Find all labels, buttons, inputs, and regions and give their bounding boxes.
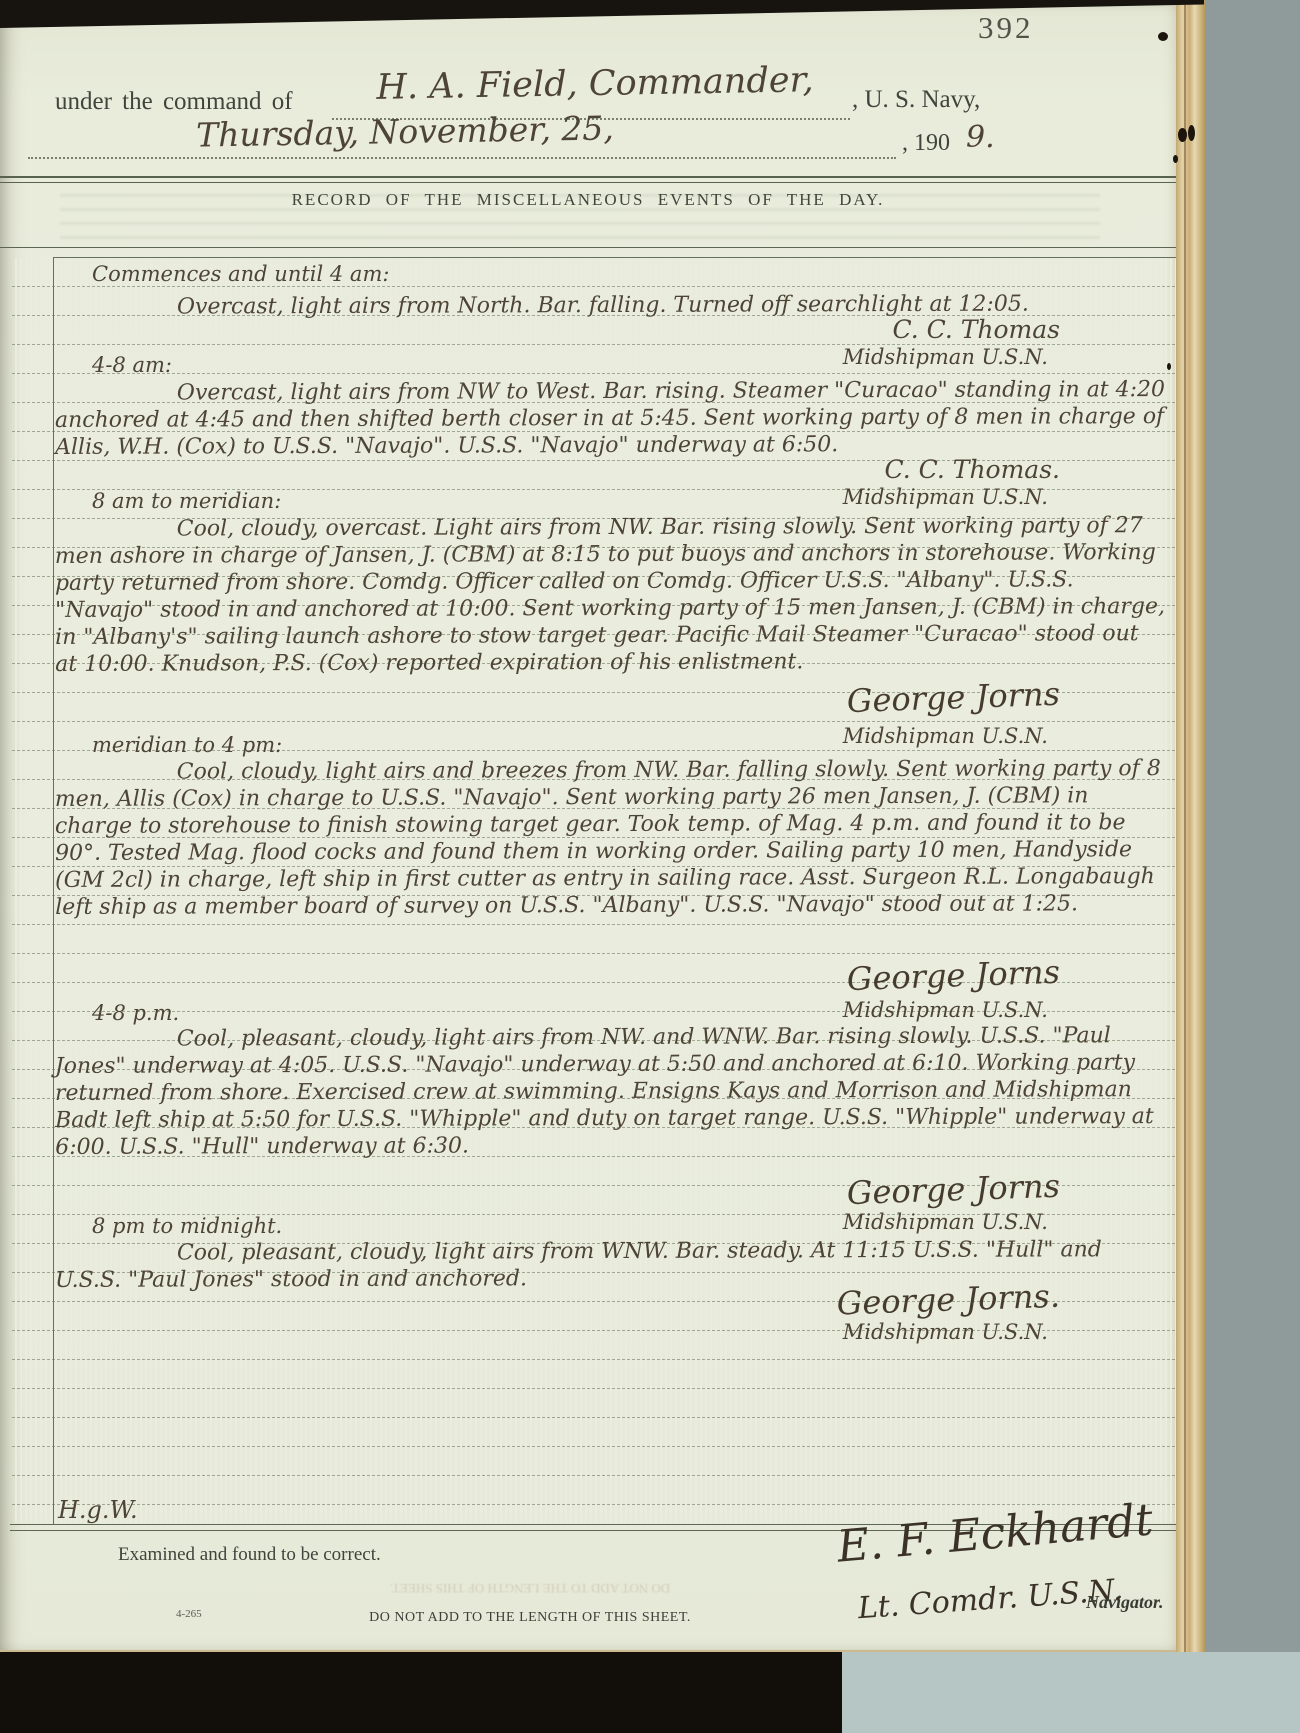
signature-title: Midshipman U.S.N.: [628, 345, 1048, 369]
watch-heading: 8 pm to midnight.: [92, 1214, 282, 1238]
ink-speck: [1188, 125, 1195, 141]
table-surface: [842, 1652, 1300, 1733]
navy-printed-label: , U. S. Navy,: [852, 86, 980, 114]
ink-speck: [1158, 32, 1168, 41]
watch-heading: 4-8 p.m.: [92, 1001, 179, 1025]
signature-title: Midshipman U.S.N.: [628, 1210, 1048, 1234]
commander-name-handwritten: H. A. Field, Commander,: [330, 59, 861, 108]
entry-text: Cool, cloudy, overcast. Light airs from …: [55, 512, 1168, 678]
signature-title: Midshipman U.S.N.: [628, 485, 1048, 509]
fore-edge-line: [1184, 0, 1186, 1660]
watch-heading: 4-8 am:: [92, 353, 172, 377]
watch-officer-initials: H.g.W.: [58, 1496, 138, 1524]
examined-statement: Examined and found to be correct.: [118, 1544, 381, 1566]
signature: C. C. Thomas: [640, 315, 1060, 344]
logbook-page: 392 under the command of H. A. Field, Co…: [0, 4, 1176, 1654]
watch-heading: Commences and until 4 am:: [92, 262, 389, 286]
watch-heading: 8 am to meridian:: [92, 489, 281, 513]
signature-title: Midshipman U.S.N.: [628, 724, 1048, 748]
section-title: RECORD OF THE MISCELLANEOUS EVENTS OF TH…: [0, 190, 1176, 210]
entry-text: Cool, pleasant, cloudy, light airs from …: [55, 1022, 1167, 1161]
header-divider-rule: [0, 176, 1176, 183]
do-not-add-notice: DO NOT ADD TO THE LENGTH OF THIS SHEET.: [340, 1610, 720, 1626]
show-through-text: DO NOT ADD TO THE LENGTH OF THIS SHEET.: [340, 1580, 720, 1596]
signature-title: Midshipman U.S.N.: [628, 998, 1048, 1022]
ink-speck: [1173, 155, 1178, 163]
date-blank-line: [28, 157, 896, 159]
ink-speck: [1167, 363, 1171, 370]
signature-title: Midshipman U.S.N.: [628, 1320, 1048, 1344]
book-cover-edge-bottom: [0, 1652, 842, 1733]
page-stack-fore-edge: [1176, 0, 1206, 1662]
scanned-logbook-photo: 392 under the command of H. A. Field, Co…: [0, 0, 1300, 1733]
signature: C. C. Thomas.: [640, 455, 1060, 484]
entry-text: Cool, cloudy, light airs and breezes fro…: [55, 755, 1168, 921]
section-divider-rule: [0, 247, 1176, 248]
year-handwritten: 9.: [966, 120, 995, 155]
navigator-printed-label: Navigator.: [1086, 1592, 1164, 1613]
entry-text: Overcast, light airs from NW to West. Ba…: [55, 376, 1167, 461]
ink-speck: [1178, 128, 1187, 142]
form-number: 4-265: [176, 1608, 202, 1620]
watch-heading: meridian to 4 pm:: [92, 733, 282, 757]
year-printed-label: , 190: [902, 130, 950, 157]
command-printed-label: under the command of: [55, 88, 293, 116]
page-number: 392: [978, 10, 1034, 46]
